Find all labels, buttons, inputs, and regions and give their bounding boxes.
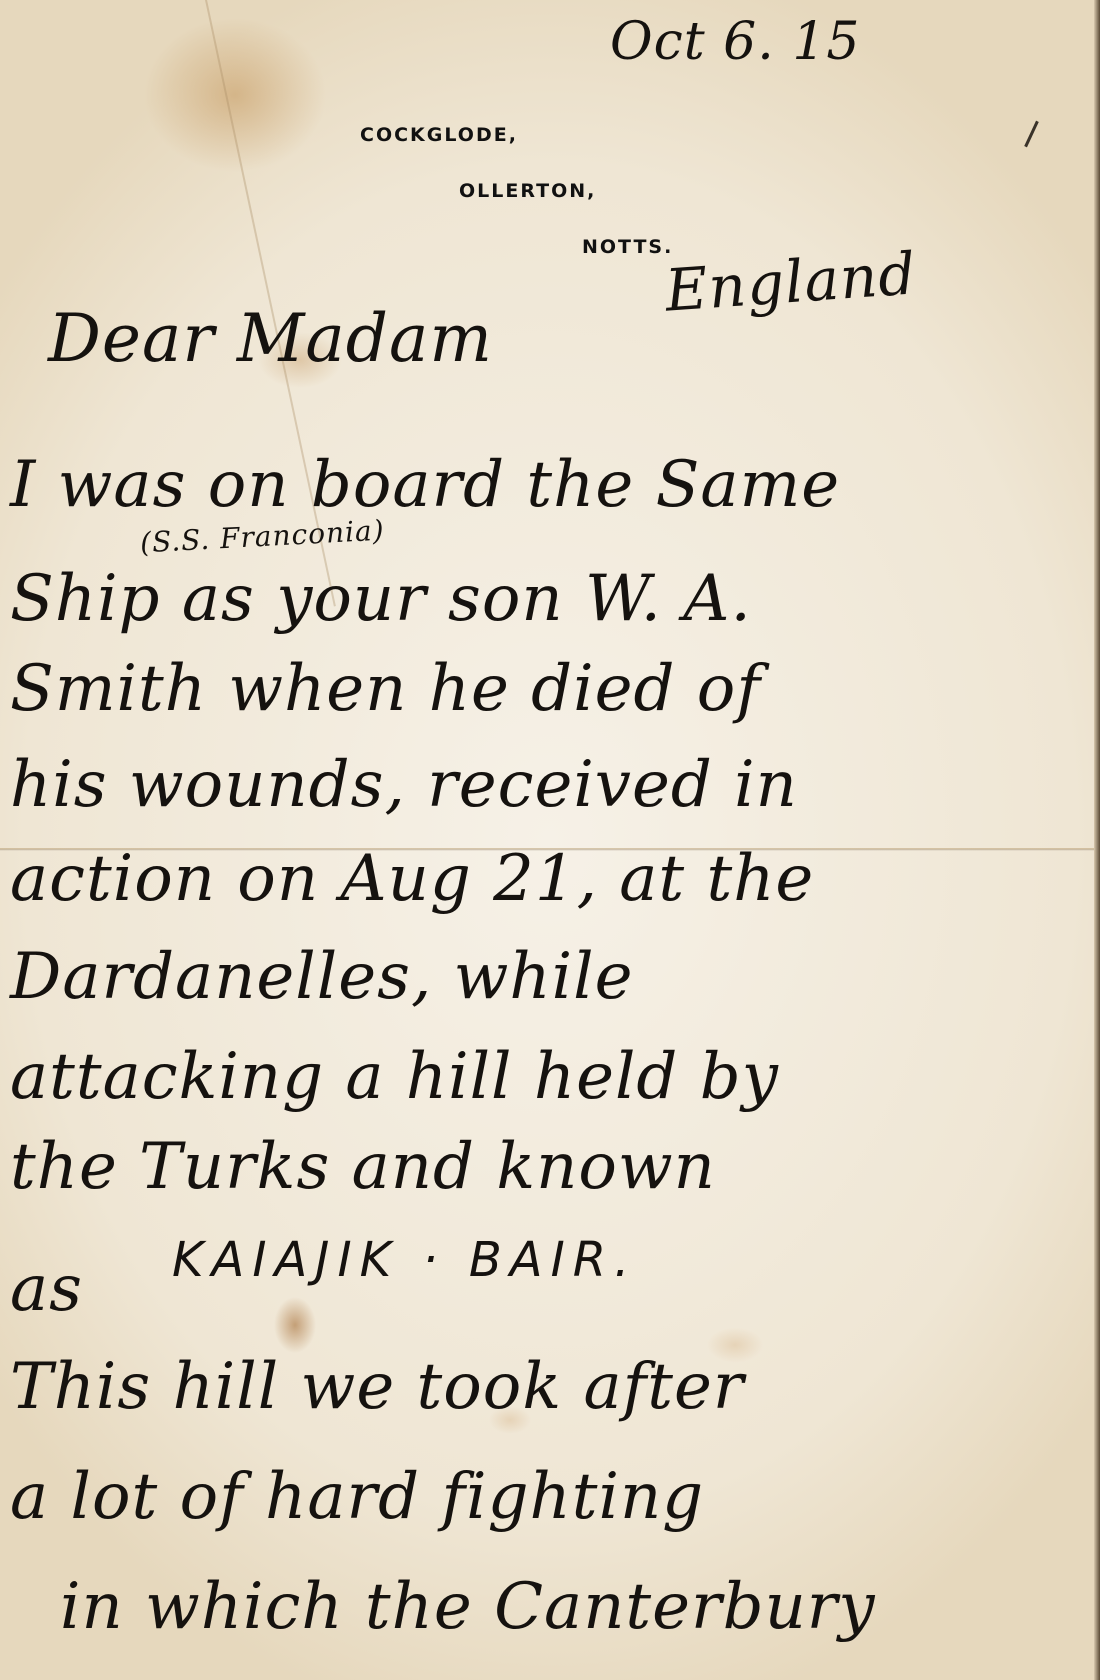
body-line: Ship as your son W. A. xyxy=(10,562,752,636)
country-annotation: England xyxy=(663,239,919,324)
letterhead-line-2: OLLERTON, xyxy=(459,180,596,202)
body-line: the Turks and known xyxy=(10,1130,716,1204)
body-line: in which the Canterbury xyxy=(60,1570,876,1644)
body-line: action on Aug 21, at the xyxy=(10,842,814,916)
body-line: I was on board the Same xyxy=(10,448,840,522)
body-line: Smith when he died of xyxy=(10,652,761,726)
body-line: Dardanelles, while xyxy=(10,940,633,1014)
letterhead-line-3: NOTTS. xyxy=(582,236,673,258)
letterhead-line-1: COCKGLODE, xyxy=(360,124,518,146)
body-line: a lot of hard fighting xyxy=(10,1460,704,1534)
letter-date: Oct 6. 15 xyxy=(610,12,861,72)
salutation: Dear Madam xyxy=(48,300,493,377)
place-name: KAIAJIK · BAIR. xyxy=(172,1232,637,1288)
ink-mark xyxy=(1024,121,1039,148)
body-line: This hill we took after xyxy=(10,1350,744,1424)
letter-page: Oct 6. 15 COCKGLODE, OLLERTON, NOTTS. En… xyxy=(0,0,1100,1680)
body-line: as xyxy=(10,1252,83,1326)
paper-edge xyxy=(1094,0,1100,1680)
body-line: his wounds, received in xyxy=(10,748,798,822)
body-line: attacking a hill held by xyxy=(10,1040,779,1114)
